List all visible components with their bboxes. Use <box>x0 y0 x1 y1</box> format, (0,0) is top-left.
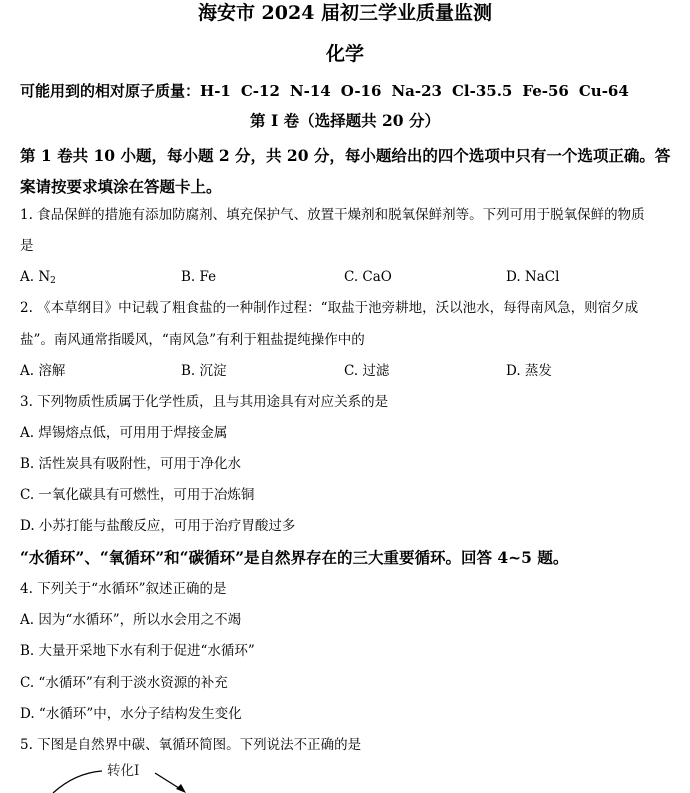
option-b[interactable]: B. 大量开采地下水有利于促进“水循环” <box>20 641 255 661</box>
option-a[interactable]: A. 溶解 <box>20 361 65 381</box>
question-5-stem: 5. 下图是自然界中碳、氧循环简图。下列说法不正确的是 <box>20 735 361 755</box>
atomic-masses-label: 可能用到的相对原子质量： <box>20 82 200 100</box>
atomic-mass-item: Cl-35.5 <box>452 82 512 100</box>
carbon-oxygen-cycle-diagram: 转化I <box>40 755 240 793</box>
atomic-mass-item: Cu-64 <box>579 82 629 100</box>
option-c[interactable]: C. CaO <box>344 267 392 287</box>
exam-title: 海安市 2024 届初三学业质量监测 <box>0 0 690 26</box>
option-d[interactable]: D. NaCl <box>506 267 559 287</box>
cycle-arrows-icon <box>40 755 240 793</box>
option-a[interactable]: A. 因为“水循环”，所以水会用之不竭 <box>20 610 241 630</box>
option-d[interactable]: D. 小苏打能与盐酸反应，可用于治疗胃酸过多 <box>20 516 295 536</box>
atomic-masses: 可能用到的相对原子质量：H-1C-12N-14O-16Na-23Cl-35.5F… <box>20 80 639 102</box>
option-c[interactable]: C. “水循环”有利于淡水资源的补充 <box>20 673 228 693</box>
question-2-stem: 2. 《本草纲目》中记载了粗食盐的一种制作过程：“取盐于池旁耕地，沃以池水，每得… <box>20 298 638 318</box>
section-instructions: 第 1 卷共 10 小题，每小题 2 分，共 20 分，每小题给出的四个选项中只… <box>20 140 680 202</box>
option-a[interactable]: A. 焊锡熔点低，可用用于焊接金属 <box>20 423 227 443</box>
option-b[interactable]: B. Fe <box>181 267 216 287</box>
atomic-mass-item: O-16 <box>341 82 382 100</box>
atomic-mass-item: Na-23 <box>391 82 442 100</box>
option-c[interactable]: C. 过滤 <box>344 361 389 381</box>
option-b[interactable]: B. 沉淀 <box>181 361 227 381</box>
transform-i-label: 转化I <box>107 759 139 779</box>
atomic-mass-item: Fe-56 <box>522 82 568 100</box>
atomic-mass-item: N-14 <box>290 82 331 100</box>
atomic-mass-item: H-1 <box>200 82 231 100</box>
subject-title: 化学 <box>0 41 690 67</box>
option-d[interactable]: D. “水循环”中，水分子结构发生变化 <box>20 704 242 724</box>
option-b[interactable]: B. 活性炭具有吸附性，可用于净化水 <box>20 454 241 474</box>
option-d[interactable]: D. 蒸发 <box>506 361 552 381</box>
option-a[interactable]: A. N2 <box>20 267 56 291</box>
question-2-stem-cont: 盐”。南风通常指暖风，“南风急”有利于粗盐提纯操作中的 <box>20 330 365 350</box>
question-4-stem: 4. 下列关于“水循环”叙述正确的是 <box>20 579 226 599</box>
group-intro: “水循环”、“氧循环”和“碳循环”是自然界存在的三大重要循环。回答 4~5 题。 <box>20 547 568 569</box>
section-title: 第 I 卷（选择题共 20 分） <box>0 110 690 132</box>
question-1-stem: 1. 食品保鲜的措施有添加防腐剂、填充保护气、放置干燥剂和脱氧保鲜剂等。下列可用… <box>20 205 645 225</box>
option-c[interactable]: C. 一氧化碳具有可燃性，可用于冶炼铜 <box>20 485 254 505</box>
atomic-mass-item: C-12 <box>241 82 280 100</box>
question-3-stem: 3. 下列物质性质属于化学性质，且与其用途具有对应关系的是 <box>20 392 388 412</box>
question-1-stem-cont: 是 <box>20 236 34 256</box>
